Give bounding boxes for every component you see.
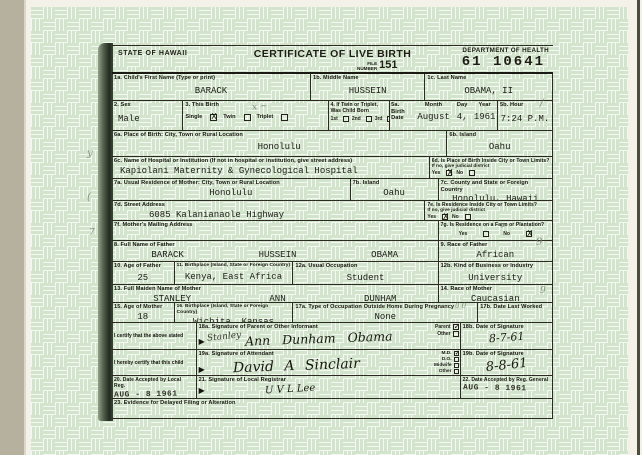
f20-stamp: AUG - 8 1961 xyxy=(114,389,194,398)
f7a-label: 7a. Usual Residence of Mother: City, Tow… xyxy=(114,180,348,187)
pencil-mark: > xyxy=(500,221,508,231)
f6c-value: Kapiolani Maternity & Gynecological Hosp… xyxy=(114,166,427,176)
f5a-month-value: August xyxy=(415,112,452,122)
f7d-value: 6085 Kalanianaole Highway xyxy=(114,210,422,220)
f6d-no-checkbox xyxy=(469,170,475,176)
f7e-no-checkbox xyxy=(465,214,471,220)
f12b-label: 12b. Kind of Business or Industry xyxy=(441,263,550,270)
field-6b: 6b. Island Oahu xyxy=(446,131,552,156)
row-registrar: 20. Date Accepted by Local Reg. AUG - 8 … xyxy=(112,376,552,399)
field-13: 13. Full Maiden Name of Mother STANLEY A… xyxy=(112,285,438,302)
f7e-yes-checkbox: X xyxy=(442,214,448,220)
f6b-label: 6b. Island xyxy=(449,132,550,139)
f19a-midwife-checkbox xyxy=(454,363,459,368)
field-2: 2. Sex Male xyxy=(112,101,182,130)
f7f-label: 7f. Mother's Mailing Address xyxy=(114,222,436,229)
pencil-mark: 7 xyxy=(89,228,95,238)
f4-options: 1st 2nd 3rd xyxy=(331,116,388,122)
f18a-box-other: Other xyxy=(423,331,459,337)
row-mother-residence: 7a. Usual Residence of Mother: City, Tow… xyxy=(112,179,552,201)
form-rows: 1a. Child's First Name (Type or print) B… xyxy=(112,72,553,419)
f1c-label: 1c. Last Name xyxy=(427,75,550,82)
f19a-box-do: D.O. xyxy=(423,357,459,362)
f6a-label: 6a. Place of Birth: City, Town or Rural … xyxy=(114,132,444,139)
f18a-signature-line: ▶ Stanley Ann Dunham Obama xyxy=(199,331,458,346)
cert1-text: I certify that the above stated informat… xyxy=(114,333,193,349)
f18a-other-label: Other xyxy=(437,331,450,337)
f8-last: OBAMA xyxy=(371,250,398,260)
f13-value: STANLEY ANN DUNHAM xyxy=(114,294,436,302)
f13-first: STANLEY xyxy=(153,294,191,302)
f15-label: 15. Age of Mother xyxy=(114,304,172,311)
window-chrome-right-border xyxy=(637,0,640,455)
row-mother-name: 13. Full Maiden Name of Mother STANLEY A… xyxy=(112,285,552,303)
f8-middle: HUSSEIN xyxy=(259,250,297,260)
f6b-value: Oahu xyxy=(449,142,550,152)
f9-value: African xyxy=(441,250,550,260)
f5a-date-grid: Month August Day 4, Year 1961 xyxy=(415,101,497,130)
f15-value: 18 xyxy=(114,312,172,322)
field-19a: 19a. Signature of Attendant ▶ David A Si… xyxy=(196,350,460,375)
f1b-label: 1b. Middle Name xyxy=(313,75,422,82)
f7b-label: 7b. Island xyxy=(353,180,436,187)
f5a-day-label: Day xyxy=(452,102,472,109)
field-1c: 1c. Last Name OBAMA, II xyxy=(424,74,552,100)
field-7e: 7e. Is Residence Inside City or Town Lim… xyxy=(424,201,552,220)
f7g-no-label: No xyxy=(503,231,510,237)
f13-middle: ANN xyxy=(269,294,285,302)
window-chrome-left xyxy=(0,0,26,455)
f1b-value: HUSSEIN xyxy=(313,86,422,96)
f4-opt2-label: 3rd xyxy=(375,116,383,122)
pointer-icon: ▶ xyxy=(199,366,205,374)
field-17b: 17b. Date Last Worked xyxy=(477,303,552,322)
f5a-year-value: 1961 xyxy=(472,112,497,122)
certificate-form: STATE OF HAWAII CERTIFICATE OF LIVE BIRT… xyxy=(112,45,553,419)
f7g-options: Yes NoX xyxy=(441,231,550,237)
f19a-md-mark: ✓ xyxy=(455,350,458,357)
f3-opt2-label: Triplet xyxy=(257,114,274,120)
f9-label: 9. Race of Father xyxy=(441,242,550,249)
f6d-yes-label: Yes xyxy=(432,170,441,176)
f7g-label: 7g. Is Residence on a Farm or Plantation… xyxy=(441,222,550,228)
row-birth-info: 2. Sex Male 3. This Birth SingleX Twin T… xyxy=(112,101,552,131)
f4-opt0-label: 1st xyxy=(331,116,338,122)
f12a-label: 12a. Usual Occupation xyxy=(295,263,435,270)
f2-label: 2. Sex xyxy=(114,102,180,109)
f18a-parent-label: Parent xyxy=(435,324,451,330)
f8-value: BARACK HUSSEIN OBAMA xyxy=(114,250,436,260)
document-viewer: x ~ / 9 9 > y ( 7 0 0 STATE OF HAWAII CE… xyxy=(0,0,642,455)
f7d-label: 7d. Street Address xyxy=(114,202,422,209)
file-label-bottom: NUMBER xyxy=(357,66,377,71)
f7g-yes-label: Yes xyxy=(459,231,468,237)
pencil-mark: y xyxy=(87,148,93,159)
field-15: 15. Age of Mother 18 xyxy=(112,303,174,322)
f3-opt0-mark: X xyxy=(211,113,216,121)
state-title: STATE OF HAWAII xyxy=(118,50,187,57)
certify-statement-1: I certify that the above stated informat… xyxy=(112,323,196,349)
f7b-value: Oahu xyxy=(353,188,436,198)
f3-opt2-checkbox xyxy=(281,114,288,121)
f13-last: DUNHAM xyxy=(364,294,396,302)
f3-opt1-label: Twin xyxy=(223,114,235,120)
field-11: 11. Birthplace (Island, State or Foreign… xyxy=(174,262,293,284)
file-number-label: FILENUMBER xyxy=(357,61,377,71)
row-child-name: 1a. Child's First Name (Type or print) B… xyxy=(112,74,552,101)
f19a-do-checkbox xyxy=(454,357,459,362)
field-7b: 7b. Island Oahu xyxy=(350,179,438,200)
f13-label: 13. Full Maiden Name of Mother xyxy=(114,286,436,293)
f7c-label: 7c. County and State or Foreign Country xyxy=(441,180,550,193)
f7a-value: Honolulu xyxy=(114,188,348,198)
f19a-md-checkbox: ✓ xyxy=(454,351,459,356)
f10-value: 25 xyxy=(114,273,172,283)
f5a-month-col: Month August xyxy=(415,101,452,130)
f4-opt1-checkbox xyxy=(366,116,372,122)
field-10: 10. Age of Father 25 xyxy=(112,262,174,284)
f5b-value: 7:24 P.M. xyxy=(500,114,550,124)
f11-value: Kenya, East Africa xyxy=(177,272,291,282)
f5a-day-col: Day 4, xyxy=(452,101,472,130)
f8-label: 8. Full Name of Father xyxy=(114,242,436,249)
field-5a: 5a. Birth Date Month August Day 4, Year xyxy=(389,101,497,130)
pointer-icon: ▶ xyxy=(199,387,205,395)
field-19b: 19b. Date of Signature 8-8-61 xyxy=(460,350,552,375)
field-20: 20. Date Accepted by Local Reg. AUG - 8 … xyxy=(112,376,196,398)
certify-statement-2: I hereby certify that this child was bor… xyxy=(112,350,196,375)
cert2-text: I hereby certify that this child was bor… xyxy=(114,360,187,375)
field-7f: 7f. Mother's Mailing Address xyxy=(112,221,438,240)
f10-label: 10. Age of Father xyxy=(114,263,172,270)
pencil-mark: / xyxy=(540,98,543,109)
f14-value: Caucasian xyxy=(441,294,550,302)
row-parent-signature: I certify that the above stated informat… xyxy=(112,323,552,350)
f16-label: 16. Birthplace (Island, State or Foreign… xyxy=(177,304,291,316)
f22-label: 22. Date Accepted by Reg. General xyxy=(463,377,550,383)
f6d-no-label: No xyxy=(456,170,463,176)
f21-signature: U V L Lee xyxy=(264,382,315,396)
f17b-label: 17b. Date Last Worked xyxy=(480,304,550,311)
f4-opt0-checkbox xyxy=(343,116,349,122)
field-7c: 7c. County and State or Foreign Country … xyxy=(438,179,552,200)
f4-opt1-label: 2nd xyxy=(352,116,361,122)
row-mother-details: 15. Age of Mother 18 16. Birthplace (Isl… xyxy=(112,303,552,323)
f19a-other-checkbox xyxy=(454,369,459,374)
row-attendant-signature: I hereby certify that this child was bor… xyxy=(112,350,552,376)
f19a-midwife-label: Midwife xyxy=(434,363,452,368)
f16-value: Wichita, Kansas xyxy=(177,317,291,323)
row-father-details: 10. Age of Father 25 11. Birthplace (Isl… xyxy=(112,262,552,285)
field-7a: 7a. Usual Residence of Mother: City, Tow… xyxy=(112,179,350,200)
f2-value: Male xyxy=(114,114,180,124)
dept-title: DEPARTMENT OF HEALTH xyxy=(462,47,549,54)
f6c-label: 6c. Name of Hospital or Institution (If … xyxy=(114,158,427,165)
f19a-box-md: M.D.✓ xyxy=(423,351,459,356)
f5a-year-label: Year xyxy=(472,102,497,109)
field-1b: 1b. Middle Name HUSSEIN xyxy=(310,74,424,100)
f7c-value: Honolulu, Hawaii xyxy=(441,194,550,200)
f5a-day-value: 4, xyxy=(452,112,472,122)
field-6a: 6a. Place of Birth: City, Town or Rural … xyxy=(112,131,446,156)
f19a-signature: David A Sinclair xyxy=(233,355,360,375)
f18a-parent-checkbox: ✓ xyxy=(453,324,459,330)
f19a-do-label: D.O. xyxy=(442,357,452,362)
row-hospital: 6c. Name of Hospital or Institution (If … xyxy=(112,157,552,179)
f7e-yes-mark: X xyxy=(443,213,447,220)
f18a-signature: Ann Dunham Obama xyxy=(245,328,393,348)
field-21: 21. Signature of Local Registrar ▶ U V L… xyxy=(196,376,460,398)
f18a-box-parent: Parent✓ xyxy=(423,324,459,330)
pencil-mark: x ~ xyxy=(251,101,268,113)
field-7g: 7g. Is Residence on a Farm or Plantation… xyxy=(438,221,552,240)
f19a-other-label: Other xyxy=(439,369,452,374)
field-12b: 12b. Kind of Business or Industry Univer… xyxy=(438,262,552,284)
f18a-boxes: Parent✓ Other xyxy=(423,324,459,338)
f23-label: 23. Evidence for Delayed Filing or Alter… xyxy=(114,400,550,407)
pencil-mark: 0 0 xyxy=(455,302,466,310)
field-22: 22. Date Accepted by Reg. General AUG - … xyxy=(460,376,552,398)
field-6d: 6d. Is Place of Birth Inside City or Tow… xyxy=(429,157,552,178)
f19a-signature-line: ▶ David A Sinclair xyxy=(199,358,458,374)
field-17a: 17a. Type of Occupation Outside Home Dur… xyxy=(292,303,477,322)
f7g-yes-checkbox xyxy=(483,231,489,237)
f21-label: 21. Signature of Local Registrar xyxy=(199,377,458,384)
serial-number: 61 10641 xyxy=(462,54,545,70)
f6a-value: Honolulu xyxy=(114,142,444,152)
paper-curl-shadow xyxy=(98,43,113,421)
f3-options: SingleX Twin Triplet xyxy=(185,114,325,121)
field-23: 23. Evidence for Delayed Filing or Alter… xyxy=(112,399,552,418)
row-mailing-address: 7f. Mother's Mailing Address 7g. Is Resi… xyxy=(112,221,552,241)
f7e-yes-label: Yes xyxy=(427,214,436,220)
field-5b: 5b. Hour 7:24 P.M. xyxy=(497,101,552,130)
field-12a: 12a. Usual Occupation Student xyxy=(292,262,437,284)
field-9: 9. Race of Father African xyxy=(438,241,552,261)
pencil-mark: ( xyxy=(87,192,91,203)
f5a-month-label: Month xyxy=(415,102,452,109)
file-number-block: FILENUMBER 151 xyxy=(357,59,398,71)
f22-stamp: AUG - 8 1961 xyxy=(463,383,551,394)
pencil-mark: 9 xyxy=(536,237,542,248)
f3-opt0-checkbox: X xyxy=(210,114,217,121)
f3-opt1-checkbox xyxy=(244,114,251,121)
f11-label: 11. Birthplace (Island, State or Foreign… xyxy=(177,263,291,269)
f19a-boxes: M.D.✓ D.O. Midwife Other xyxy=(423,351,459,375)
f5a-label: 5a. Birth Date xyxy=(390,101,415,130)
field-4: 4. If Twin or Triplet, Was Child Born 1s… xyxy=(328,101,390,130)
field-6c: 6c. Name of Hospital or Institution (If … xyxy=(112,157,429,178)
f4-label: 4. If Twin or Triplet, Was Child Born xyxy=(331,102,388,114)
f7g-no-checkbox: X xyxy=(526,231,532,237)
pointer-icon: ▶ xyxy=(199,338,205,346)
pencil-mark: 9 xyxy=(540,286,546,296)
f1c-value: OBAMA, II xyxy=(427,86,550,96)
f18a-parent-mark: ✓ xyxy=(454,323,458,331)
row-street-address: 7d. Street Address 6085 Kalanianaole Hig… xyxy=(112,201,552,221)
f17a-value: None xyxy=(295,312,475,322)
f14-label: 14. Race of Mother xyxy=(441,286,550,293)
field-8: 8. Full Name of Father BARACK HUSSEIN OB… xyxy=(112,241,438,261)
f20-label: 20. Date Accepted by Local Reg. xyxy=(114,377,194,389)
f21-signature-line: ▶ U V L Lee xyxy=(199,384,458,395)
field-1a: 1a. Child's First Name (Type or print) B… xyxy=(112,74,310,100)
f17a-label: 17a. Type of Occupation Outside Home Dur… xyxy=(295,304,475,311)
f1a-label: 1a. Child's First Name (Type or print) xyxy=(114,75,308,82)
f6d-options: YesX No xyxy=(432,170,550,176)
f18a-other-checkbox xyxy=(453,331,459,337)
field-16: 16. Birthplace (Island, State or Foreign… xyxy=(174,303,293,322)
row-place-of-birth: 6a. Place of Birth: City, Town or Rural … xyxy=(112,131,552,157)
f12a-value: Student xyxy=(295,273,435,283)
f12b-value: University xyxy=(441,273,550,283)
f7g-no-mark: X xyxy=(527,230,531,238)
field-7d: 7d. Street Address 6085 Kalanianaole Hig… xyxy=(112,201,424,220)
f8-first: BARACK xyxy=(151,250,183,260)
row-evidence: 23. Evidence for Delayed Filing or Alter… xyxy=(112,399,552,419)
f1a-value: BARACK xyxy=(114,86,308,96)
field-18b: 18b. Date of Signature 8-7-61 xyxy=(460,323,552,349)
f7e-options: YesX No xyxy=(427,214,550,220)
f7e-no-label: No xyxy=(452,214,459,220)
f19a-md-label: M.D. xyxy=(441,351,451,356)
field-14: 14. Race of Mother Caucasian xyxy=(438,285,552,302)
f3-opt0-label: Single xyxy=(185,114,202,120)
f19a-box-other: Other xyxy=(423,369,459,374)
f6d-yes-checkbox: X xyxy=(446,170,452,176)
f19a-box-midwife: Midwife xyxy=(423,363,459,368)
f6d-yes-mark: X xyxy=(447,169,451,177)
f18a-sig-prefix: Stanley xyxy=(206,330,241,344)
row-father-name: 8. Full Name of Father BARACK HUSSEIN OB… xyxy=(112,241,552,262)
field-18a: 18a. Signature of Parent or Other Inform… xyxy=(196,323,460,349)
f5a-year-col: Year 1961 xyxy=(472,101,497,130)
file-number-value: 151 xyxy=(379,59,397,71)
form-header: STATE OF HAWAII CERTIFICATE OF LIVE BIRT… xyxy=(112,45,553,72)
